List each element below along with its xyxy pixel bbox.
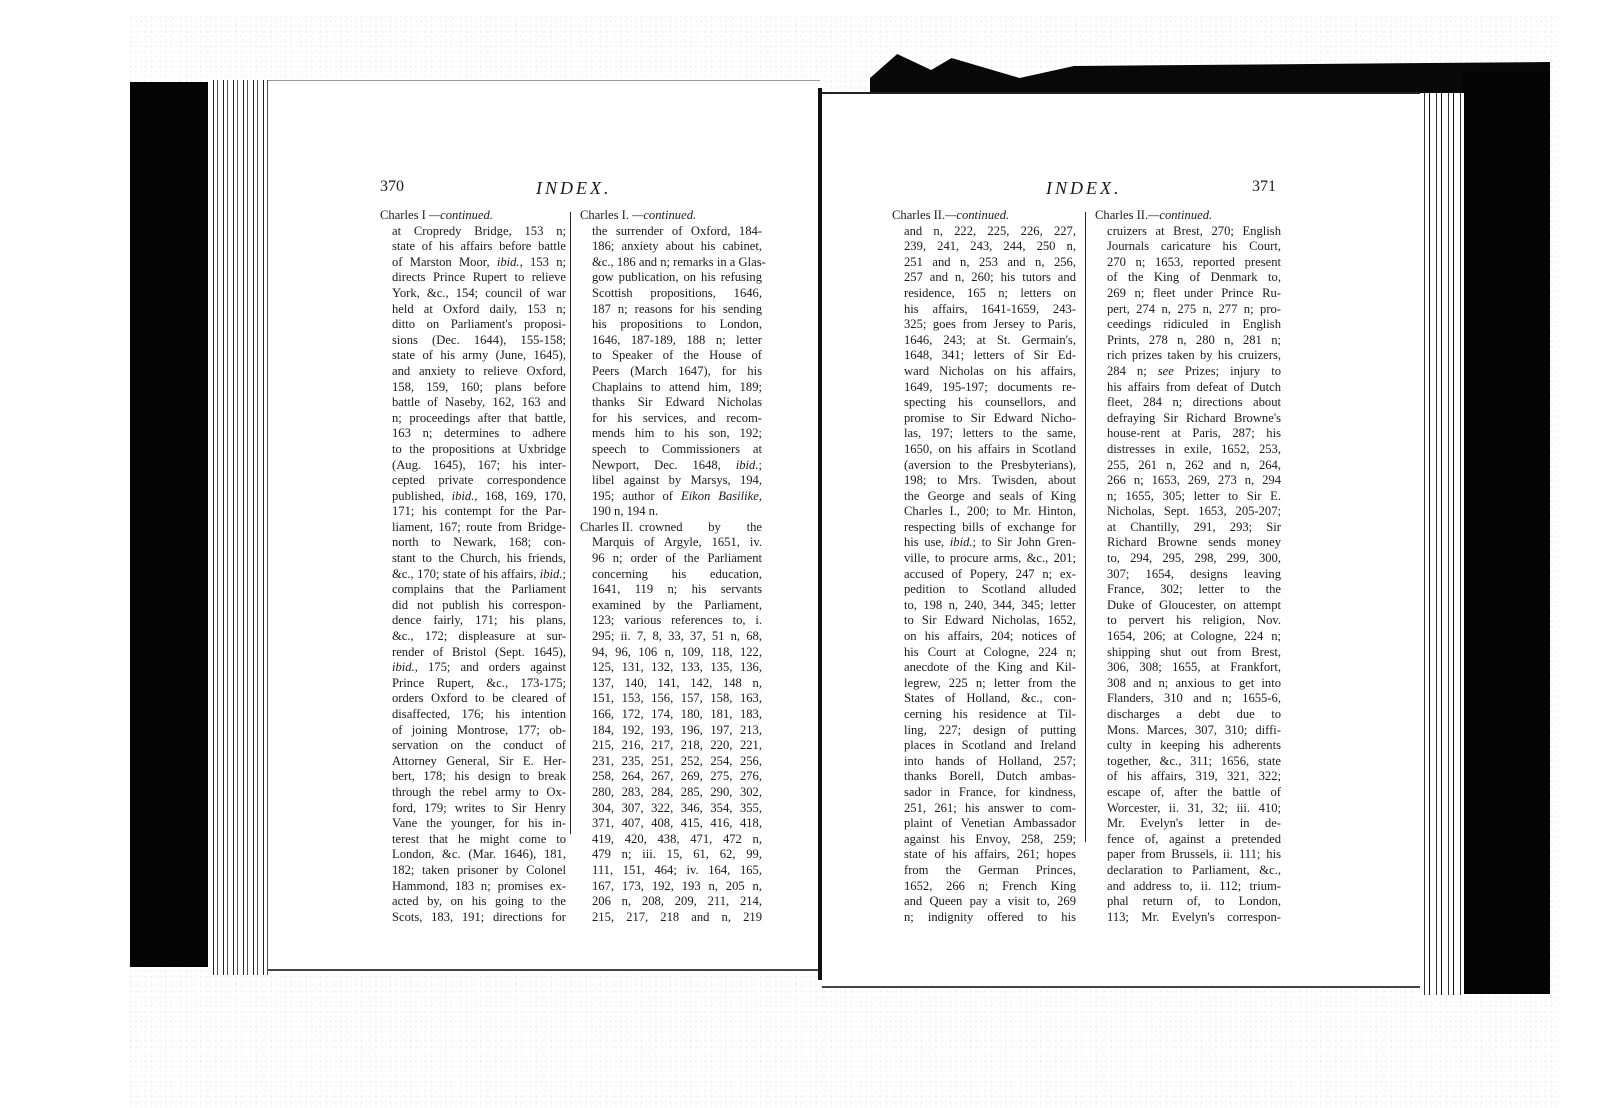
- scan-margin-top: [0, 0, 1600, 16]
- index-line: disaffected, 176; his intention: [392, 707, 566, 723]
- index-line: 187 n; reasons for his sending: [592, 302, 762, 318]
- index-line: terest that he might come to: [392, 832, 566, 848]
- index-line: Worcester, ii. 31, 32; iii. 410;: [1107, 801, 1281, 817]
- index-line: legrew, 225 n; letter from the: [904, 676, 1076, 692]
- index-line: complains that the Parliament: [392, 582, 566, 598]
- index-line: Prince Rupert, &c., 173-175;: [392, 676, 566, 692]
- index-line: directs Prince Rupert to relieve: [392, 270, 566, 286]
- index-line: of joining Montrose, 177; ob-: [392, 723, 566, 739]
- index-line: n; proceedings after that battle,: [392, 411, 566, 427]
- index-line: to Sir Edward Nicholas, 1652,: [904, 613, 1076, 629]
- index-line: fleet, 284 n; directions about: [1107, 395, 1281, 411]
- index-line: 258, 264, 267, 269, 275, 276,: [592, 769, 762, 785]
- index-line: France, 302; letter to the: [1107, 582, 1281, 598]
- index-line: anecdote of the King and Kil-: [904, 660, 1076, 676]
- index-line: 111, 151, 464; iv. 164, 165,: [592, 863, 762, 879]
- index-line: 1652, 266 n; French King: [904, 879, 1076, 895]
- index-line: States of Holland, &c., con-: [904, 691, 1076, 707]
- index-line: 151, 153, 156, 157, 158, 163,: [592, 691, 762, 707]
- index-column-2: Charles I. —continued. the surrender of …: [580, 208, 762, 925]
- index-line: stant to the Church, his friends,: [392, 551, 566, 567]
- index-line: 231, 235, 251, 252, 254, 256,: [592, 754, 762, 770]
- entry-heading-charles-ii: Charles II.crowned by the: [580, 520, 762, 536]
- index-line: liament, 167; route from Bridge-: [392, 520, 566, 536]
- index-line: culty in keeping his adherents: [1107, 738, 1281, 754]
- index-line: his affairs from defeat of Dutch: [1107, 380, 1281, 396]
- index-line: and address to, ii. 112; trium-: [1107, 879, 1281, 895]
- index-line: 166, 172, 174, 180, 181, 183,: [592, 707, 762, 723]
- entry-body: Marquis of Argyle, 1651, iv.96 n; order …: [580, 535, 762, 925]
- index-line: 284 n; see Prizes; injury to: [1107, 364, 1281, 380]
- index-line: ling, 227; design of putting: [904, 723, 1076, 739]
- index-line: servation on the conduct of: [392, 738, 566, 754]
- index-line: cepted private correspondence: [392, 473, 566, 489]
- index-line: to Speaker of the House of: [592, 348, 762, 364]
- index-line: &c., 170; state of his affairs, ibid.;: [392, 567, 566, 583]
- index-line: 269 n; fleet under Prince Ru-: [1107, 286, 1281, 302]
- index-line: sador in France, for kindness,: [904, 785, 1076, 801]
- index-column-1: Charles I —continued. at Cropredy Bridge…: [380, 208, 566, 925]
- index-line: render of Bristol (Sept. 1645),: [392, 645, 566, 661]
- index-line: places in Scotland and Ireland: [904, 738, 1076, 754]
- index-line: at Chantilly, 291, 293; Sir: [1107, 520, 1281, 536]
- index-line: to, 294, 295, 298, 299, 300,: [1107, 551, 1281, 567]
- index-line: rich prizes taken by his cruizers,: [1107, 348, 1281, 364]
- index-line: Attorney General, Sir E. Her-: [392, 754, 566, 770]
- index-line: together, &c., 311; 1656, state: [1107, 754, 1281, 770]
- index-line: pert, 274 n, 275 n, 277 n; pro-: [1107, 302, 1281, 318]
- index-line: battle of Naseby, 162, 163 and: [392, 395, 566, 411]
- book-gutter: [818, 88, 822, 980]
- index-line: 257 and n, 260; his tutors and: [904, 270, 1076, 286]
- index-line: libel against by Marsys, 194,: [592, 473, 762, 489]
- index-line: his propositions to London,: [592, 317, 762, 333]
- index-line: 266 n; 1653, 269, 273 n, 294: [1107, 473, 1281, 489]
- index-line: Nicholas, Sept. 1653, 205-207;: [1107, 504, 1281, 520]
- index-line: n; 1655, 305; letter to Sir E.: [1107, 489, 1281, 505]
- index-line: on his affairs, 204; notices of: [904, 629, 1076, 645]
- index-line: the surrender of Oxford, 184-: [592, 224, 762, 240]
- index-line: his Court at Cologne, 224 n;: [904, 645, 1076, 661]
- index-line: orders Oxford to be cleared of: [392, 691, 566, 707]
- index-line: defraying Sir Richard Browne's: [1107, 411, 1281, 427]
- index-line: 198; to Mrs. Twisden, about: [904, 473, 1076, 489]
- index-line: n; indignity offered to his: [904, 910, 1076, 926]
- index-line: at Cropredy Bridge, 153 n;: [392, 224, 566, 240]
- index-line: Duke of Gloucester, on attempt: [1107, 598, 1281, 614]
- index-line: declaration to Parliament, &c.,: [1107, 863, 1281, 879]
- index-line: ward Nicholas on his affairs,: [904, 364, 1076, 380]
- index-line: Chaplains to attend him, 189;: [592, 380, 762, 396]
- index-line: Journals caricature his Court,: [1107, 239, 1281, 255]
- page-edges-left: [208, 80, 268, 975]
- index-line: Vane the younger, for his in-: [392, 816, 566, 832]
- index-line: to, 198 n, 240, 344, 345; letter: [904, 598, 1076, 614]
- page-number-right: 371: [1252, 178, 1276, 196]
- index-line: examined by the Parliament,: [592, 598, 762, 614]
- index-line: ford, 179; writes to Sir Henry: [392, 801, 566, 817]
- index-line: (Aug. 1645), 167; his inter-: [392, 458, 566, 474]
- index-line: 371, 407, 408, 415, 416, 418,: [592, 816, 762, 832]
- entry-body: the surrender of Oxford, 184-186; anxiet…: [580, 224, 762, 520]
- index-line: York, &c., 154; council of war: [392, 286, 566, 302]
- index-line: las, 197; letters to the same,: [904, 426, 1076, 442]
- index-line: Prints, 278 n, 280 n, 281 n;: [1107, 333, 1281, 349]
- index-line: to the propositions at Uxbridge: [392, 442, 566, 458]
- index-line: his affairs, 1641-1659, 243-: [904, 302, 1076, 318]
- index-line: &c., 186 and n; remarks in a Glas-: [592, 255, 762, 271]
- index-line: 239, 241, 243, 244, 250 n,: [904, 239, 1076, 255]
- index-line: 96 n; order of the Parliament: [592, 551, 762, 567]
- index-line: bert, 178; his design to break: [392, 769, 566, 785]
- index-line: speech to Commissioners at: [592, 442, 762, 458]
- index-line: ditto on Parliament's proposi-: [392, 317, 566, 333]
- index-line: 1646, 187-189, 188 n; letter: [592, 333, 762, 349]
- index-line: thanks Borell, Dutch ambas-: [904, 769, 1076, 785]
- index-line: 280, 283, 284, 285, 290, 302,: [592, 785, 762, 801]
- index-line: and anxiety to relieve Oxford,: [392, 364, 566, 380]
- index-line: 94, 96, 106 n, 109, 118, 122,: [592, 645, 762, 661]
- index-line: and n, 222, 225, 226, 227,: [904, 224, 1076, 240]
- index-line: state of his affairs before battle: [392, 239, 566, 255]
- index-line: Scots, 183, 191; directions for: [392, 910, 566, 926]
- book-cover-left: [130, 82, 220, 967]
- index-line: 419, 420, 438, 471, 472 n,: [592, 832, 762, 848]
- entry-heading: Charles II.—continued.: [892, 208, 1076, 224]
- index-line: gow publication, on his refusing: [592, 270, 762, 286]
- index-line: acted by, on his going to the: [392, 894, 566, 910]
- index-line: 295; ii. 7, 8, 33, 37, 51 n, 68,: [592, 629, 762, 645]
- book-cover-right: [1462, 72, 1550, 994]
- page-edges-right: [1418, 93, 1464, 995]
- index-line: Charles I., 200; to Mr. Hinton,: [904, 504, 1076, 520]
- index-line: specting his counsellors, and: [904, 395, 1076, 411]
- index-line: and Queen pay a visit to, 269: [904, 894, 1076, 910]
- index-line: state of his army (June, 1645),: [392, 348, 566, 364]
- index-line: fence of, against a pretended: [1107, 832, 1281, 848]
- index-line: ceedings ridiculed in English: [1107, 317, 1281, 333]
- index-line: 1641, 119 n; his servants: [592, 582, 762, 598]
- index-line: Mr. Evelyn's letter in de-: [1107, 816, 1281, 832]
- index-line: dence fairly, 171; his plans,: [392, 613, 566, 629]
- index-line: 195; author of Eikon Basilike,: [592, 489, 762, 505]
- index-line: Hammond, 183 n; promises ex-: [392, 879, 566, 895]
- index-line: 215, 216, 217, 218, 220, 221,: [592, 738, 762, 754]
- index-line: state of his affairs, 261; hopes: [904, 847, 1076, 863]
- index-line: house-rent at Paris, 287; his: [1107, 426, 1281, 442]
- index-line: 255, 261 n, 262 and n, 264,: [1107, 458, 1281, 474]
- index-line: plaint of Venetian Ambassador: [904, 816, 1076, 832]
- index-line: from the German Princes,: [904, 863, 1076, 879]
- index-line: cerning his residence at Til-: [904, 707, 1076, 723]
- index-line: ibid., 175; and orders against: [392, 660, 566, 676]
- index-line: 158, 159, 160; plans before: [392, 380, 566, 396]
- index-line: of the King of Denmark to,: [1107, 270, 1281, 286]
- index-line: did not publish his correspon-: [392, 598, 566, 614]
- index-line: 137, 140, 141, 142, 148 n,: [592, 676, 762, 692]
- index-line: Peers (March 1647), for his: [592, 364, 762, 380]
- index-line: for his services, and recom-: [592, 411, 762, 427]
- index-line: 479 n; iii. 15, 61, 62, 99,: [592, 847, 762, 863]
- index-line: 325; goes from Jersey to Paris,: [904, 317, 1076, 333]
- index-line: mends him to his son, 192;: [592, 426, 762, 442]
- index-line: respecting bills of exchange for: [904, 520, 1076, 536]
- index-line: shipping shut out from Brest,: [1107, 645, 1281, 661]
- index-line: 308 and n; anxious to get into: [1107, 676, 1281, 692]
- index-column-3: Charles II.—continued. and n, 222, 225, …: [892, 208, 1076, 925]
- index-line: 270 n; 1653, reported present: [1107, 255, 1281, 271]
- index-line: of Marston Moor, ibid., 153 n;: [392, 255, 566, 271]
- index-line: 1648, 341; letters of Sir Ed-: [904, 348, 1076, 364]
- index-line: Richard Browne sends money: [1107, 535, 1281, 551]
- scan-margin-right: [1560, 0, 1600, 1108]
- index-line: 215, 217, 218 and n, 219: [592, 910, 762, 926]
- page-number-left: 370: [380, 178, 404, 196]
- index-line: sions (Dec. 1644), 155-158;: [392, 333, 566, 349]
- index-line: 123; various references to, i.: [592, 613, 762, 629]
- running-head-left: INDEX.: [536, 178, 612, 199]
- index-line: escape of, after the battle of: [1107, 785, 1281, 801]
- index-line: Newport, Dec. 1648, ibid.;: [592, 458, 762, 474]
- column-rule-right: [1085, 212, 1086, 842]
- index-line: distresses in exile, 1652, 253,: [1107, 442, 1281, 458]
- index-line: 163 n; determines to adhere: [392, 426, 566, 442]
- index-line: Marquis of Argyle, 1651, iv.: [592, 535, 762, 551]
- index-line: &c., 172; displeasure at sur-: [392, 629, 566, 645]
- index-line: of his affairs, 319, 321, 322;: [1107, 769, 1281, 785]
- index-line: 125, 131, 132, 133, 135, 136,: [592, 660, 762, 676]
- entry-body: at Cropredy Bridge, 153 n;state of his a…: [380, 224, 566, 926]
- entry-heading: Charles II.—continued.: [1095, 208, 1281, 224]
- index-line: phal return of, to London,: [1107, 894, 1281, 910]
- index-line: 167, 173, 192, 193 n, 205 n,: [592, 879, 762, 895]
- index-line: the George and seals of King: [904, 489, 1076, 505]
- index-line: into hands of Holland, 257;: [904, 754, 1076, 770]
- index-line: 1650, on his affairs in Scotland: [904, 442, 1076, 458]
- index-line: ville, to procure arms, &c., 201;: [904, 551, 1076, 567]
- index-line: residence, 165 n; letters on: [904, 286, 1076, 302]
- index-line: thanks Sir Edward Nicholas: [592, 395, 762, 411]
- index-line: his use, ibid.; to Sir John Gren-: [904, 535, 1076, 551]
- index-line: accused of Popery, 247 n; ex-: [904, 567, 1076, 583]
- index-line: through the rebel army to Ox-: [392, 785, 566, 801]
- index-line: north to Newark, 168; con-: [392, 535, 566, 551]
- column-rule-left: [570, 212, 571, 834]
- index-line: 182; taken prisoner by Colonel: [392, 863, 566, 879]
- index-line: concerning his education,: [592, 567, 762, 583]
- index-line: to pervert his religion, Nov.: [1107, 613, 1281, 629]
- running-head-right: INDEX.: [1046, 178, 1122, 199]
- index-line: held at Oxford daily, 153 n;: [392, 302, 566, 318]
- entry-body: and n, 222, 225, 226, 227,239, 241, 243,…: [892, 224, 1076, 926]
- index-line: 306, 308; 1655, at Frankfort,: [1107, 660, 1281, 676]
- index-line: 251 and n, 253 and n, 256,: [904, 255, 1076, 271]
- index-line: discharges a debt due to: [1107, 707, 1281, 723]
- index-line: cruizers at Brest, 270; English: [1107, 224, 1281, 240]
- index-line: London, &c. (Mar. 1646), 181,: [392, 847, 566, 863]
- index-line: 190 n, 194 n.: [592, 504, 762, 520]
- index-line: 206 n, 208, 209, 211, 214,: [592, 894, 762, 910]
- entry-body: cruizers at Brest, 270; EnglishJournals …: [1095, 224, 1281, 926]
- index-line: 307; 1654, designs leaving: [1107, 567, 1281, 583]
- index-line: 186; anxiety about his cabinet,: [592, 239, 762, 255]
- scan-margin-left: [0, 0, 130, 1108]
- index-line: 171; his contempt for the Par-: [392, 504, 566, 520]
- index-line: 1646, 243; at St. Germain's,: [904, 333, 1076, 349]
- index-line: 113; Mr. Evelyn's correspon-: [1107, 910, 1281, 926]
- index-line: against his Envoy, 258, 259;: [904, 832, 1076, 848]
- index-line: (aversion to the Presbyterians),: [904, 458, 1076, 474]
- index-line: pedition to Scotland alluded: [904, 582, 1076, 598]
- index-line: paper from Brussels, ii. 111; his: [1107, 847, 1281, 863]
- index-column-4: Charles II.—continued. cruizers at Brest…: [1095, 208, 1281, 925]
- entry-heading: Charles I. —continued.: [580, 208, 762, 224]
- index-line: Flanders, 310 and n; 1655-6,: [1107, 691, 1281, 707]
- index-line: 1649, 195-197; documents re-: [904, 380, 1076, 396]
- index-line: promise to Sir Edward Nicho-: [904, 411, 1076, 427]
- index-line: Mons. Marces, 307, 310; diffi-: [1107, 723, 1281, 739]
- index-line: 184, 192, 193, 196, 197, 213,: [592, 723, 762, 739]
- index-line: Scottish propositions, 1646,: [592, 286, 762, 302]
- entry-heading: Charles I —continued.: [380, 208, 566, 224]
- index-line: published, ibid., 168, 169, 170,: [392, 489, 566, 505]
- index-line: 1654, 206; at Cologne, 224 n;: [1107, 629, 1281, 645]
- index-line: 304, 307, 322, 346, 354, 355,: [592, 801, 762, 817]
- index-line: 251, 261; his answer to com-: [904, 801, 1076, 817]
